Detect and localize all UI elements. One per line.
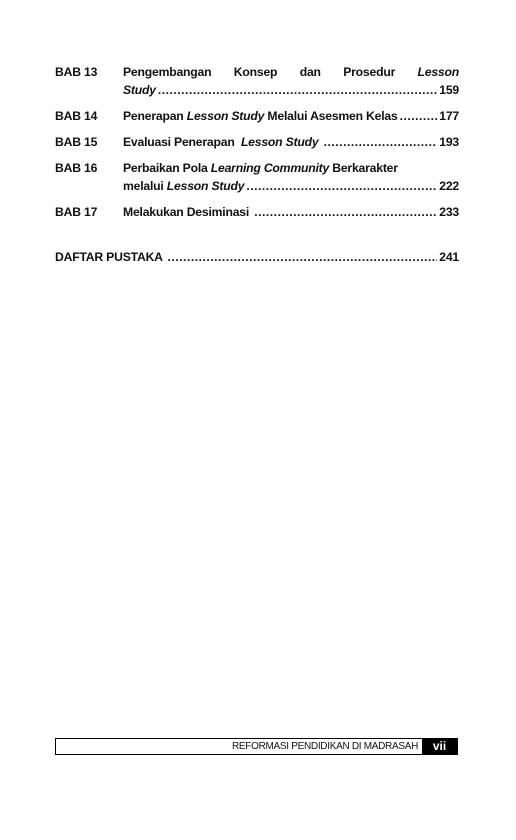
page-number: 222: [439, 177, 459, 195]
dot-leader: [158, 81, 437, 99]
page-number: 177: [439, 107, 459, 125]
title-word: Konsep: [234, 63, 278, 81]
title-word-italic: Study: [123, 83, 156, 97]
chapter-title-line-2: melalui Lesson Study: [123, 177, 244, 195]
footer-page-number: vii: [422, 739, 457, 754]
dot-leader: [168, 248, 438, 266]
toc-entry-bab-14[interactable]: BAB 14 Penerapan Lesson Study Melalui As…: [55, 107, 459, 125]
page-number: 233: [439, 203, 459, 221]
dot-leader: [400, 107, 438, 125]
toc-entry-bab-17[interactable]: BAB 17 Melakukan Desiminasi 233: [55, 203, 459, 221]
title-word-italic: Lesson: [418, 65, 459, 79]
chapter-title: Penerapan Lesson Study Melalui Asesmen K…: [123, 107, 398, 125]
chapter-number: BAB 16: [55, 159, 123, 195]
title-word: dan: [300, 63, 321, 81]
toc-entry-bab-16[interactable]: BAB 16 Perbaikan Pola Learning Community…: [55, 159, 459, 195]
chapter-title: Melakukan Desiminasi: [123, 203, 252, 221]
title-word: Prosedur: [343, 63, 395, 81]
dot-leader: [246, 177, 437, 195]
bibliography-label: DAFTAR PUSTAKA: [55, 248, 166, 266]
chapter-number: BAB 17: [55, 203, 123, 221]
dot-leader: [324, 133, 438, 151]
dot-leader: [254, 203, 437, 221]
chapter-number: BAB 14: [55, 107, 123, 125]
toc-entry-daftar-pustaka[interactable]: DAFTAR PUSTAKA 241: [55, 248, 459, 266]
page-number: 241: [439, 248, 459, 266]
chapter-number: BAB 15: [55, 133, 123, 151]
table-of-contents: BAB 13 Pengembangan Konsep dan Prosedur …: [55, 63, 459, 274]
chapter-title-line-1: Perbaikan Pola Learning Community Berkar…: [123, 159, 459, 177]
book-title: REFORMASI PENDIDIKAN DI MADRASAH: [232, 739, 422, 754]
page-number: 159: [439, 81, 459, 99]
chapter-title: Evaluasi Penerapan Lesson Study: [123, 133, 322, 151]
toc-entry-bab-15[interactable]: BAB 15 Evaluasi Penerapan Lesson Study 1…: [55, 133, 459, 151]
page-footer: REFORMASI PENDIDIKAN DI MADRASAH vii: [55, 738, 458, 755]
toc-entry-bab-13[interactable]: BAB 13 Pengembangan Konsep dan Prosedur …: [55, 63, 459, 99]
page-number: 193: [439, 133, 459, 151]
title-word: Pengembangan: [123, 63, 211, 81]
chapter-number: BAB 13: [55, 63, 123, 99]
